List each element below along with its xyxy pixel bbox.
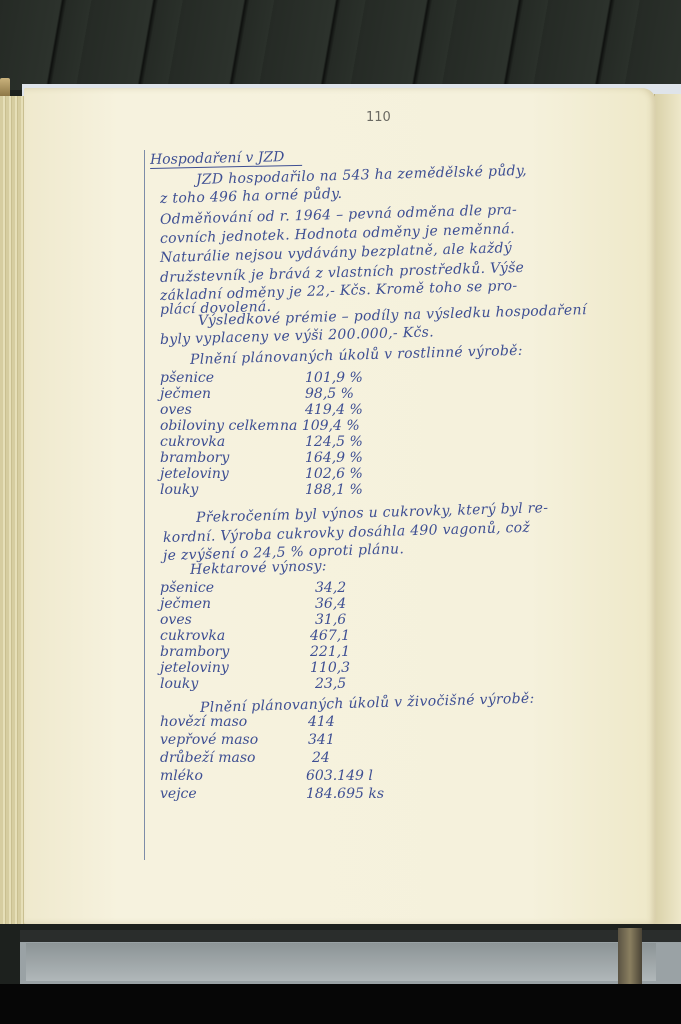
- animal-plan-row: vepřové maso 341: [160, 732, 360, 750]
- crop-value: 419,4 %: [305, 402, 363, 418]
- product-label: drůbeží maso: [160, 750, 255, 766]
- crop-value: 101,9 %: [305, 370, 363, 386]
- crop-label: ječmen: [160, 386, 211, 402]
- yield-value: 34,2: [315, 580, 346, 596]
- crop-label: oves: [160, 612, 192, 628]
- product-label: vejce: [160, 786, 197, 802]
- animal-plan-row: vejce 184.695 ks: [160, 786, 360, 804]
- crop-label: brambory: [160, 450, 229, 466]
- yield-value: 31,6: [315, 612, 346, 628]
- yield-value: 221,1: [310, 644, 350, 660]
- yield-value: 467,1: [310, 628, 350, 644]
- page-number: 110: [366, 110, 391, 125]
- crop-value: 124,5 %: [305, 434, 363, 450]
- crop-value: na 109,4 %: [280, 418, 360, 434]
- product-value: 24: [312, 750, 330, 766]
- wall-background: [0, 0, 681, 90]
- section-title: Hospodaření v JZD: [150, 149, 303, 169]
- crop-label: obiloviny celkem: [160, 418, 279, 434]
- crop-value: 164,9 %: [305, 450, 363, 466]
- yield-value: 110,3: [310, 660, 350, 676]
- plant-plan-row: louky 188,1 %: [160, 482, 360, 500]
- crop-label: brambory: [160, 644, 229, 660]
- crop-label: jeteloviny: [160, 660, 229, 676]
- crop-label: pšenice: [160, 580, 214, 596]
- animal-plan-row: hovězí maso 414: [160, 714, 360, 732]
- product-label: mléko: [160, 768, 203, 784]
- yield-value: 36,4: [315, 596, 346, 612]
- margin-line: [144, 150, 145, 860]
- crop-label: louky: [160, 482, 198, 498]
- animal-plan-row: drůbeží maso 24: [160, 750, 360, 768]
- product-value: 603.149 l: [306, 768, 373, 784]
- product-value: 414: [308, 714, 335, 730]
- book-strap: [618, 928, 642, 984]
- product-value: 184.695 ks: [306, 786, 384, 802]
- crop-label: cukrovka: [160, 628, 225, 644]
- crop-value: 98,5 %: [305, 386, 354, 402]
- facing-page-edge: [654, 94, 681, 924]
- animal-plan-row: mléko 603.149 l: [160, 768, 360, 786]
- bottom-shadow: [0, 984, 681, 1024]
- crop-label: pšenice: [160, 370, 214, 386]
- crop-value: 188,1 %: [305, 482, 363, 498]
- product-label: hovězí maso: [160, 714, 247, 730]
- crop-label: ječmen: [160, 596, 211, 612]
- crop-label: cukrovka: [160, 434, 225, 450]
- crop-label: jeteloviny: [160, 466, 229, 482]
- product-value: 341: [308, 732, 335, 748]
- yield-row: louky 23,5: [160, 676, 360, 694]
- product-label: vepřové maso: [160, 732, 258, 748]
- crop-value: 102,6 %: [305, 466, 363, 482]
- crop-label: oves: [160, 402, 192, 418]
- scanner-tray-inner: [26, 943, 656, 981]
- yield-value: 23,5: [315, 676, 346, 692]
- crop-label: louky: [160, 676, 198, 692]
